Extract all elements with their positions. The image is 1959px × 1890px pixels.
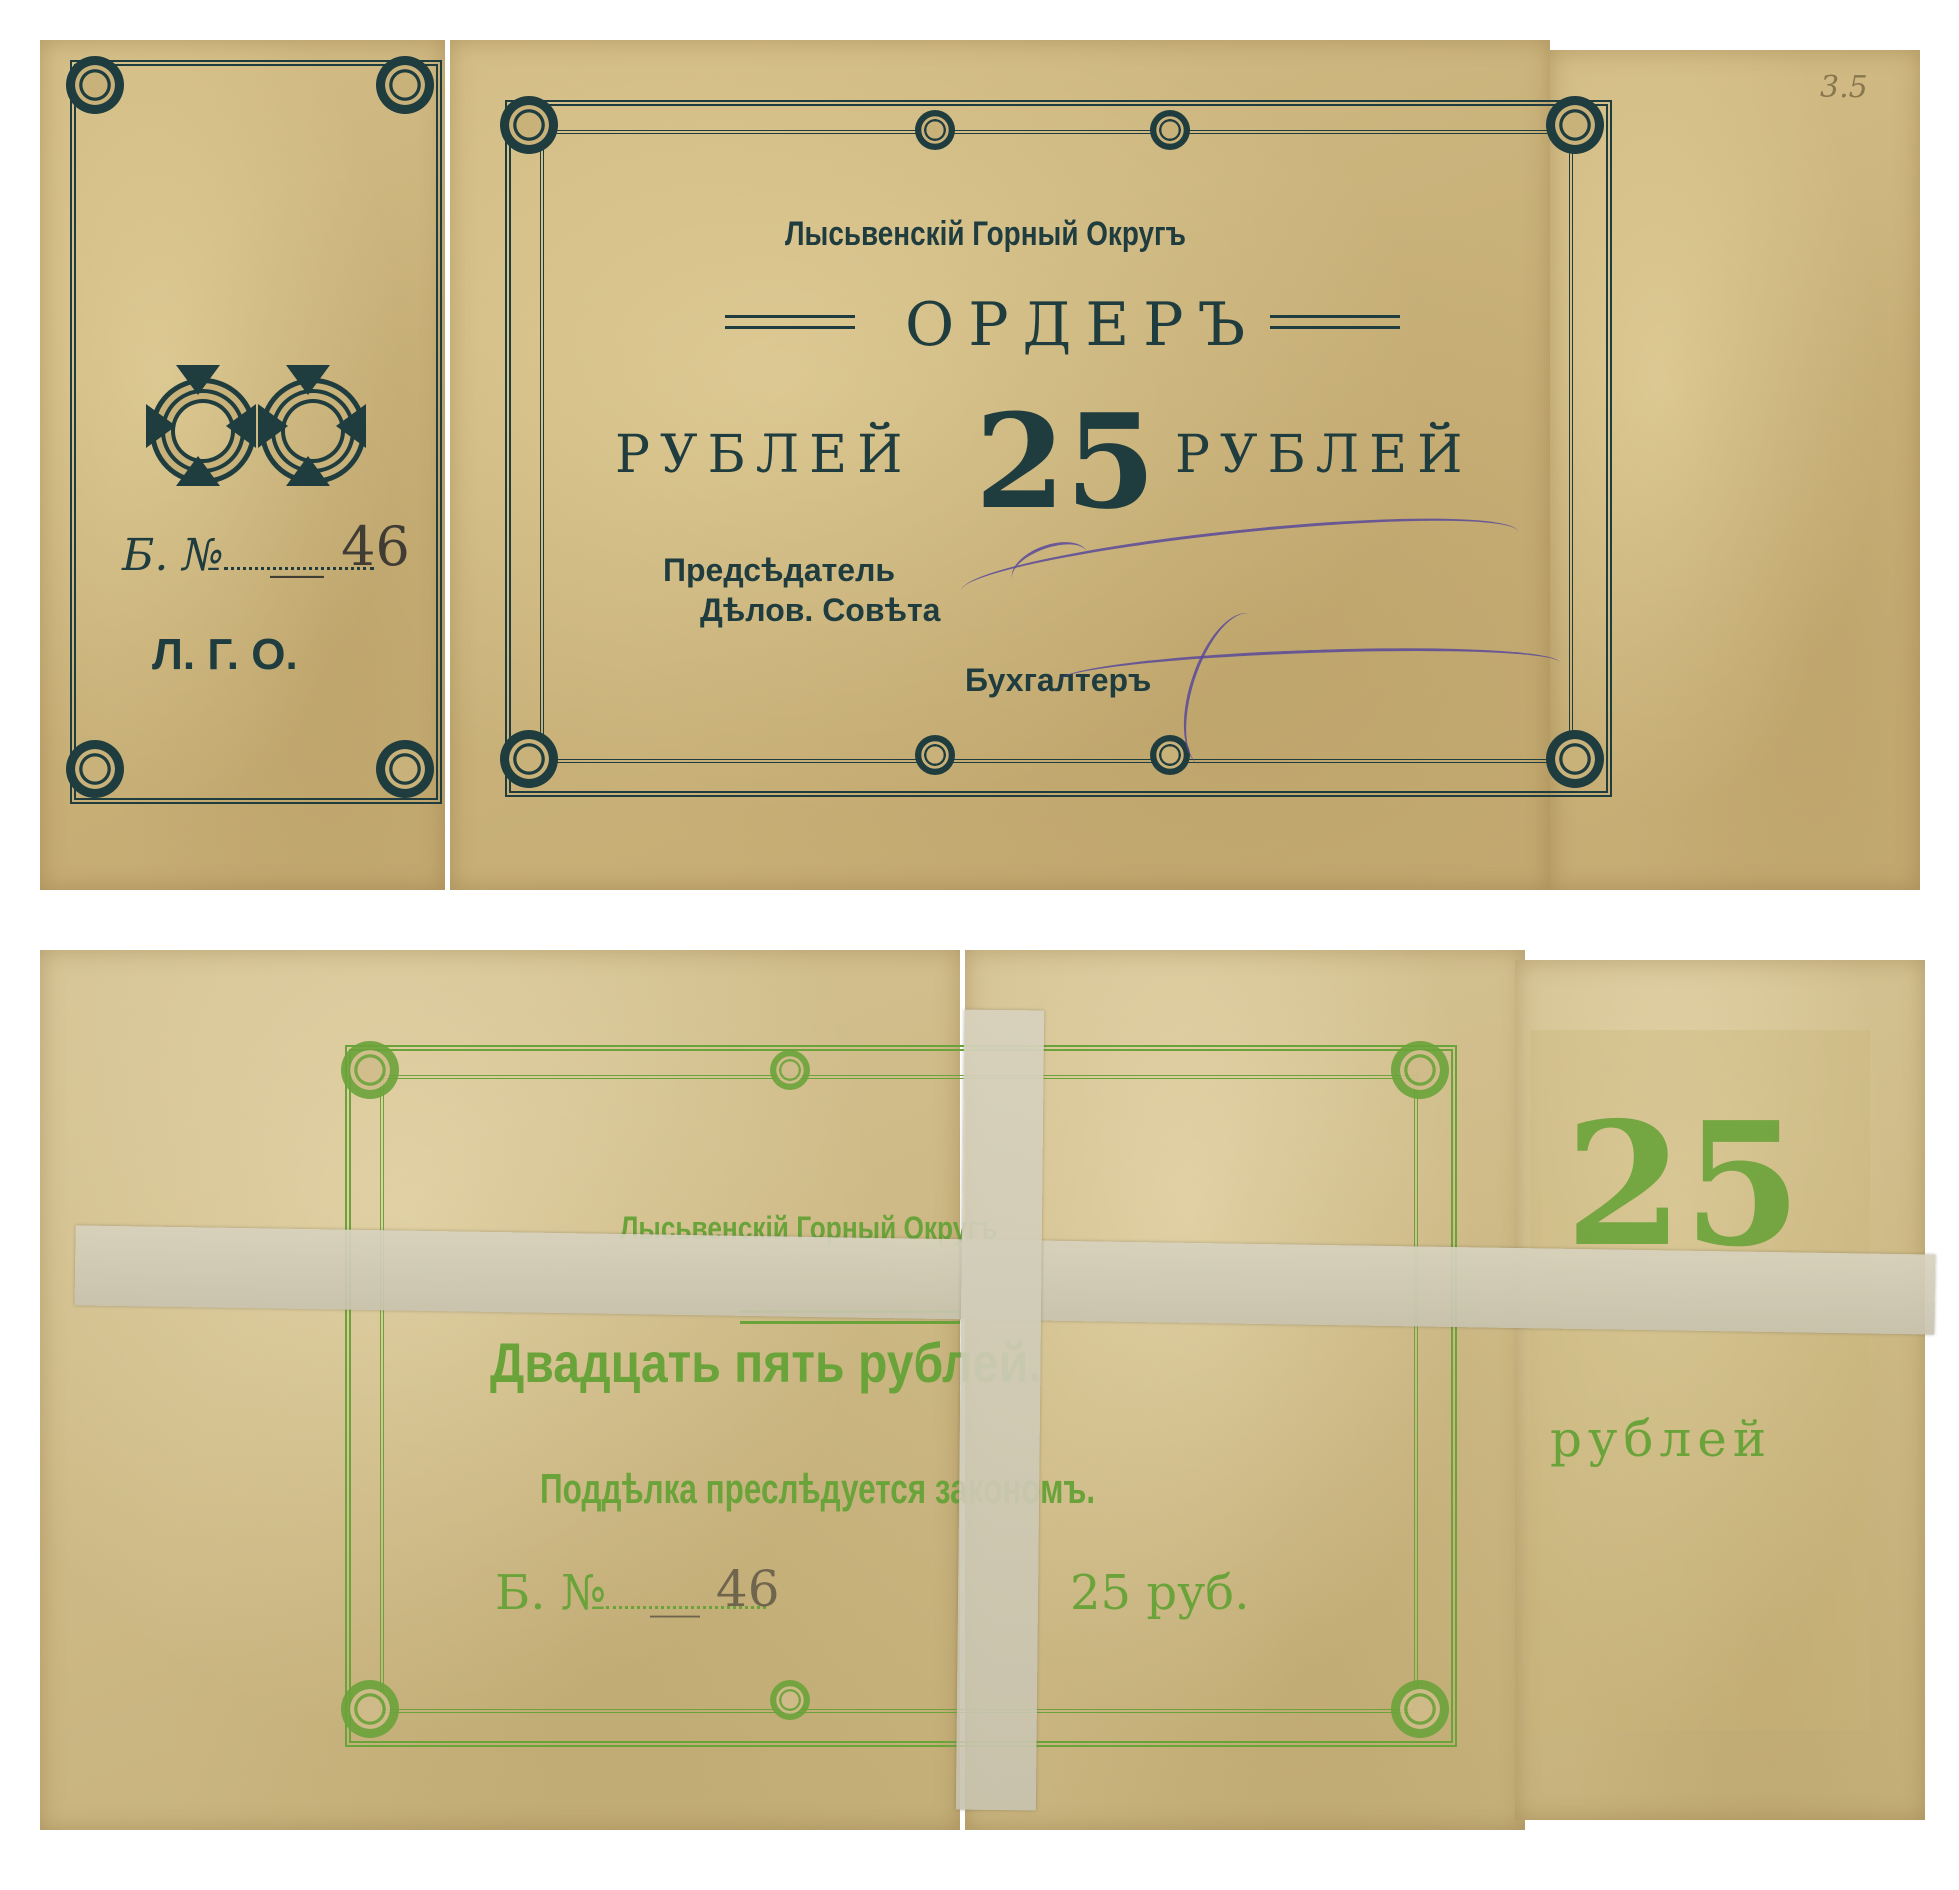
chairman-label-line1: Предсѣдатель <box>663 552 895 589</box>
denomination-value: 25 <box>975 385 1156 538</box>
reverse-amount-text: Двадцать пять рублей. <box>490 1330 1042 1395</box>
corner-ornament-icon <box>1150 110 1190 150</box>
corner-ornament-icon <box>376 56 434 114</box>
flourish-right-icon <box>1270 315 1400 329</box>
corner-ornament-icon <box>66 740 124 798</box>
chairman-label-line2: Дѣлов. Совѣта <box>700 592 940 629</box>
corner-ornament-icon <box>770 1680 810 1720</box>
corner-ornament-icon <box>500 96 558 154</box>
corner-ornament-icon <box>915 110 955 150</box>
denomination-word-right: РУБЛЕЙ <box>1175 425 1472 485</box>
corner-ornament-icon <box>376 740 434 798</box>
corner-ornament-icon <box>770 1050 810 1090</box>
corner-ornament-icon <box>1391 1680 1449 1738</box>
reverse-series-label: Б. № <box>495 1565 606 1621</box>
reverse-stub-word: рублей <box>1550 1410 1772 1468</box>
issuer-name: Лысьвенскiй Горный Округъ <box>785 215 1186 254</box>
pencil-note: 3.5 <box>1820 70 1868 105</box>
stub-abbreviation: Л. Г. О. <box>152 630 298 680</box>
reverse-amount-short: 25 руб. <box>1070 1565 1249 1621</box>
corner-ornament-icon <box>1391 1041 1449 1099</box>
corner-ornament-icon <box>500 730 558 788</box>
stub-border <box>70 60 442 804</box>
repair-tape-vertical <box>956 1010 1044 1811</box>
banknote-reverse: Лысьвенскiй Горный Округъ Двадцать пять … <box>0 920 1959 1890</box>
reverse-serial-number: __ 46 <box>650 1560 780 1618</box>
corner-ornament-icon <box>341 1680 399 1738</box>
stub-serial-number: __ 46 <box>270 515 410 578</box>
series-label: Б. № <box>122 530 224 581</box>
banknote-obverse: Б. № __ 46 Л. Г. О. Лысьвенскiй Горный О… <box>0 0 1959 920</box>
corner-ornament-icon <box>341 1041 399 1099</box>
flourish-left-icon <box>725 315 855 329</box>
corner-ornament-icon <box>1546 730 1604 788</box>
corner-ornament-icon <box>1546 96 1604 154</box>
document-title: ОРДЕРЪ <box>905 290 1259 360</box>
corner-ornament-icon <box>915 735 955 775</box>
corner-ornament-icon <box>66 56 124 114</box>
denomination-word-left: РУБЛЕЙ <box>615 425 912 485</box>
